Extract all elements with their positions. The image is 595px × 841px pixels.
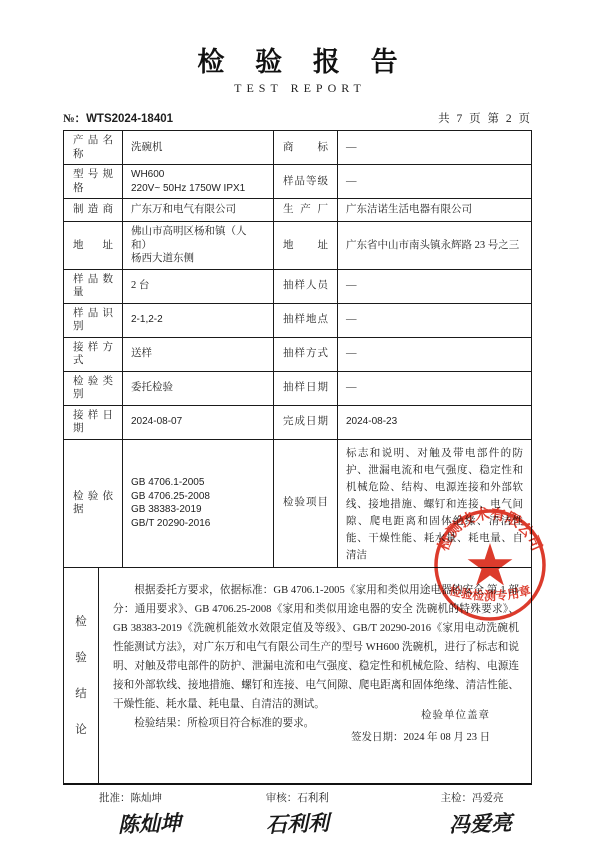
row-value: 洗碗机 xyxy=(123,131,274,164)
row-label: 生产厂 xyxy=(274,199,338,221)
row-value-standards: GB 4706.1-2005 GB 4706.25-2008 GB 38383-… xyxy=(123,440,274,567)
row-label: 完成日期 xyxy=(274,406,338,439)
approval-row: 批准：陈灿坤 审核：石利利 主检：冯爱亮 xyxy=(63,790,532,805)
table-row: 制造商 广东万和电气有限公司 生产厂 广东洁诺生活电器有限公司 xyxy=(64,199,531,222)
row-label: 样品识别 xyxy=(64,304,123,337)
row-value: 广东省中山市南头镇永辉路 23 号之三 xyxy=(338,222,531,269)
row-label: 样品等级 xyxy=(274,165,338,198)
row-value: — xyxy=(338,372,531,405)
inspector-name: 主检：冯爱亮 xyxy=(441,790,504,805)
row-value: 2 台 xyxy=(123,270,274,303)
row-value: 佛山市高明区杨和镇（人和） 杨西大道东侧 xyxy=(123,222,274,269)
row-value-test-items: 标志和说明、对触及带电部件的防护、泄漏电流和电气强度、稳定性和机械危险、结构、电… xyxy=(338,440,531,567)
signature-row: 陈灿坤 石利利 冯爱亮 xyxy=(63,808,532,838)
table-row: 样品数量 2 台 抽样人员 — xyxy=(64,270,531,304)
conclusion-body: 根据委托方要求，依据标准：GB 4706.1-2005《家用和类似用途电器的安全… xyxy=(99,568,531,783)
approver-name: 批准：陈灿坤 xyxy=(99,790,162,805)
reviewer-signature: 石利利 xyxy=(265,806,329,838)
row-value: 广东洁诺生活电器有限公司 xyxy=(338,199,531,221)
conclusion-section: 检 验 结 论 根据委托方要求，依据标准：GB 4706.1-2005《家用和类… xyxy=(63,568,532,785)
row-label: 接样日期 xyxy=(64,406,123,439)
inspector-signature: 冯爱亮 xyxy=(448,806,512,838)
row-value: — xyxy=(338,270,531,303)
row-label: 地址 xyxy=(274,222,338,269)
seal-caption: 检验单位盖章 xyxy=(421,706,490,725)
pagination: 共 7 页 第 2 页 xyxy=(438,110,532,126)
row-value: 2024-08-07 xyxy=(123,406,274,439)
approver-signature: 陈灿坤 xyxy=(117,806,181,838)
conclusion-label-char: 论 xyxy=(75,721,87,737)
report-number: №：WTS2024-18401 xyxy=(63,110,173,126)
table-row: 检验类别 委托检验 抽样日期 — xyxy=(64,372,531,406)
table-row: 型号规格 WH600 220V~ 50Hz 1750W IPX1 样品等级 — xyxy=(64,165,531,199)
info-table: 产品名称 洗碗机 商标 — 型号规格 WH600 220V~ 50Hz 1750… xyxy=(63,130,532,568)
row-label: 产品名称 xyxy=(64,131,123,164)
reviewer-name: 审核：石利利 xyxy=(266,790,329,805)
table-row: 地址 佛山市高明区杨和镇（人和） 杨西大道东侧 地址 广东省中山市南头镇永辉路 … xyxy=(64,222,531,270)
row-value: — xyxy=(338,304,531,337)
report-content: 检 验 报 告 TEST REPORT №：WTS2024-18401 共 7 … xyxy=(63,40,532,838)
table-row: 接样方式 送样 抽样方式 — xyxy=(64,338,531,372)
table-row: 产品名称 洗碗机 商标 — xyxy=(64,131,531,165)
conclusion-vertical-label: 检 验 结 论 xyxy=(64,568,99,783)
row-value: 委托检验 xyxy=(123,372,274,405)
table-row: 接样日期 2024-08-07 完成日期 2024-08-23 xyxy=(64,406,531,440)
row-value: — xyxy=(338,165,531,198)
report-title: 检 验 报 告 xyxy=(63,40,532,79)
row-value: — xyxy=(338,131,531,164)
row-label: 抽样人员 xyxy=(274,270,338,303)
conclusion-label-char: 检 xyxy=(75,613,87,629)
row-label: 接样方式 xyxy=(64,338,123,371)
report-subtitle: TEST REPORT xyxy=(63,81,532,96)
row-label: 型号规格 xyxy=(64,165,123,198)
row-label: 检验类别 xyxy=(64,372,123,405)
row-value: 2-1,2-2 xyxy=(123,304,274,337)
row-label: 制造商 xyxy=(64,199,123,221)
row-value: 2024-08-23 xyxy=(338,406,531,439)
row-label: 抽样日期 xyxy=(274,372,338,405)
row-value: — xyxy=(338,338,531,371)
row-label: 检验项目 xyxy=(274,440,338,567)
row-value: WH600 220V~ 50Hz 1750W IPX1 xyxy=(123,165,274,198)
row-label: 样品数量 xyxy=(64,270,123,303)
report-number-value: WTS2024-18401 xyxy=(86,113,173,125)
table-row: 样品识别 2-1,2-2 抽样地点 — xyxy=(64,304,531,338)
row-label: 地址 xyxy=(64,222,123,269)
row-label: 检验依据 xyxy=(64,440,123,567)
row-value: 广东万和电气有限公司 xyxy=(123,199,274,221)
report-number-symbol: №： xyxy=(63,113,86,125)
report-meta-row: №：WTS2024-18401 共 7 页 第 2 页 xyxy=(63,110,532,126)
row-label: 商标 xyxy=(274,131,338,164)
test-report-page: 检 验 报 告 TEST REPORT №：WTS2024-18401 共 7 … xyxy=(0,0,595,841)
row-label: 抽样方式 xyxy=(274,338,338,371)
row-label: 抽样地点 xyxy=(274,304,338,337)
conclusion-paragraph: 根据委托方要求，依据标准：GB 4706.1-2005《家用和类似用途电器的安全… xyxy=(113,581,519,714)
table-row-basis: 检验依据 GB 4706.1-2005 GB 4706.25-2008 GB 3… xyxy=(64,440,531,568)
issue-date: 签发日期：2024 年 08 月 23 日 xyxy=(351,728,490,747)
conclusion-label-char: 结 xyxy=(75,685,87,701)
conclusion-label-char: 验 xyxy=(75,649,87,665)
row-value: 送样 xyxy=(123,338,274,371)
